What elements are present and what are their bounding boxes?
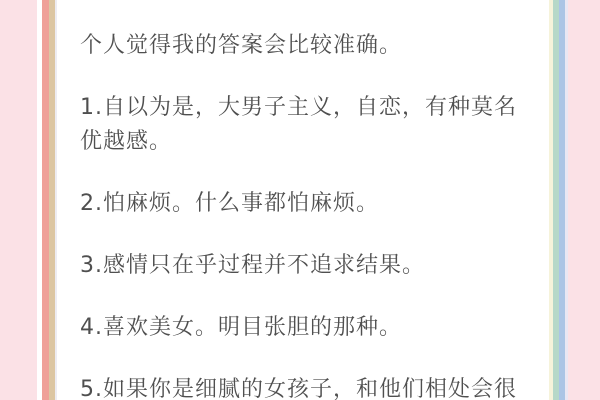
- paragraph-point-5-clipped: 5.如果你是细腻的女孩子，和他们相处会很: [80, 373, 527, 400]
- paragraph-point-2: 2.怕麻烦。什么事都怕麻烦。: [80, 187, 527, 221]
- left-stripe-coral: [42, 0, 49, 400]
- left-pink-margin: [0, 0, 37, 400]
- page: 个人觉得我的答案会比较准确。 1.自以为是，大男子主义，自恋，有种莫名 优越感。…: [0, 0, 600, 400]
- right-pink-margin: [568, 0, 600, 400]
- article-text-panel: 个人觉得我的答案会比较准确。 1.自以为是，大男子主义，自恋，有种莫名 优越感。…: [57, 0, 549, 400]
- paragraph-intro: 个人觉得我的答案会比较准确。: [80, 29, 527, 63]
- paragraph-point-1: 1.自以为是，大男子主义，自恋，有种莫名 优越感。: [80, 91, 527, 159]
- paragraph-point-4: 4.喜欢美女。明目张胆的那种。: [80, 311, 527, 345]
- paragraph-point-3: 3.感情只在乎过程并不追求结果。: [80, 249, 527, 283]
